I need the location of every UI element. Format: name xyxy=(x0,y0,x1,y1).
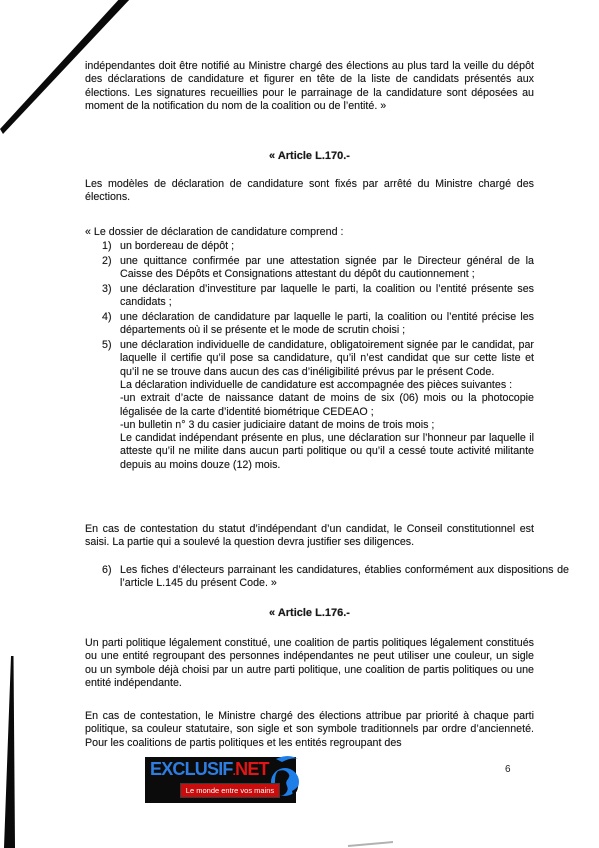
logo-brand-text: EXCLUSIF.NET xyxy=(150,759,269,780)
article-l176-heading: « Article L.176.- xyxy=(85,607,534,620)
list-item-subtext: -un extrait d’acte de naissance datant d… xyxy=(120,392,534,419)
list-item-text: une déclaration de candidature par laque… xyxy=(120,311,534,336)
list-item-text: une déclaration individuelle de candidat… xyxy=(120,339,534,378)
list-item-number: 2) xyxy=(102,255,112,268)
left-edge-wedge-artifact xyxy=(4,656,15,848)
list-item-number: 3) xyxy=(102,283,112,296)
paragraph-party-colors: Un parti politique légalement constitué,… xyxy=(85,637,534,690)
article-l170-heading: « Article L.170.- xyxy=(85,150,534,163)
list-item: 3) une déclaration d’investiture par laq… xyxy=(85,283,534,310)
list-item-number: 1) xyxy=(102,240,112,253)
list-item-text: un bordereau de dépôt ; xyxy=(120,240,234,252)
logo-brand-red: NET xyxy=(235,759,269,779)
exclusif-net-logo: EXCLUSIF.NET Le monde entre vos mains xyxy=(145,757,296,803)
list-item: 4) une déclaration de candidature par la… xyxy=(85,311,534,338)
dossier-list: 1) un bordereau de dépôt ; 2) une quitta… xyxy=(85,240,534,474)
paragraph-minister-attribution: En cas de contestation, le Ministre char… xyxy=(85,710,534,750)
list-item-text: Les fiches d’électeurs parrainant les ca… xyxy=(120,564,569,589)
scanned-document-page: indépendantes doit être notifié au Minis… xyxy=(0,0,599,848)
paragraph-contestation: En cas de contestation du statut d’indép… xyxy=(85,523,534,550)
list-item-number: 4) xyxy=(102,311,112,324)
list-item-text: une quittance confirmée par une attestat… xyxy=(120,255,534,280)
list-item: 5) une déclaration individuelle de candi… xyxy=(85,339,534,472)
bottom-right-line-artifact xyxy=(348,842,393,846)
paragraph-models: Les modèles de déclaration de candidatur… xyxy=(85,178,534,205)
list-item-subtext: -un bulletin n° 3 du casier judiciaire d… xyxy=(120,419,534,432)
logo-tagline-band: Le monde entre vos mains xyxy=(180,783,280,798)
list-item: 2) une quittance confirmée par une attes… xyxy=(85,255,534,282)
list-item-number: 6) xyxy=(102,564,112,577)
paragraph-dossier-intro: « Le dossier de déclaration de candidatu… xyxy=(85,226,534,239)
list-item-number: 5) xyxy=(102,339,112,352)
list-item: 1) un bordereau de dépôt ; xyxy=(85,240,534,253)
list-item-subtext: Le candidat indépendant présente en plus… xyxy=(120,432,534,472)
page-number: 6 xyxy=(505,764,511,775)
list-item-6: 6) Les fiches d’électeurs parrainant les… xyxy=(85,564,569,591)
logo-brand-blue: EXCLUSIF xyxy=(150,759,233,779)
paragraph-intro: indépendantes doit être notifié au Minis… xyxy=(85,60,534,113)
logo-tagline: Le monde entre vos mains xyxy=(186,786,274,795)
list-item-subtext: La déclaration individuelle de candidatu… xyxy=(120,379,534,392)
list-item-text: une déclaration d’investiture par laquel… xyxy=(120,283,534,308)
